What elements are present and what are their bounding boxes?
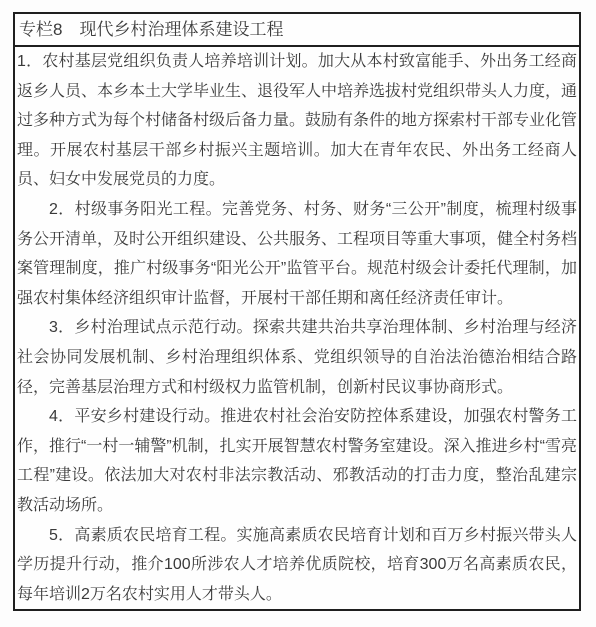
document-page: 专栏8 现代乡村治理体系建设工程 1．农村基层党组织负责人培养培训计划。加大从本…: [0, 0, 596, 627]
panel-body: 1．农村基层党组织负责人培养培训计划。加大从本村致富能手、外出务工经商返乡人员、…: [15, 47, 579, 609]
column-panel: 专栏8 现代乡村治理体系建设工程 1．农村基层党组织负责人培养培训计划。加大从本…: [13, 12, 581, 611]
paragraph-3: 3．乡村治理试点示范行动。探索共建共治共享治理体制、乡村治理与经济社会协同发展机…: [17, 313, 577, 402]
panel-title: 专栏8 现代乡村治理体系建设工程: [15, 14, 579, 47]
paragraph-2: 2．村级事务阳光工程。完善党务、村务、财务“三公开”制度，梳理村级事务公开清单，…: [17, 195, 577, 313]
paragraph-4: 4．平安乡村建设行动。推进农村社会治安防控体系建设，加强农村警务工作，推行“一村…: [17, 402, 577, 520]
paragraph-5: 5．高素质农民培育工程。实施高素质农民培育计划和百万乡村振兴带头人学历提升行动，…: [17, 521, 577, 610]
paragraph-1: 1．农村基层党组织负责人培养培训计划。加大从本村致富能手、外出务工经商返乡人员、…: [17, 47, 577, 195]
